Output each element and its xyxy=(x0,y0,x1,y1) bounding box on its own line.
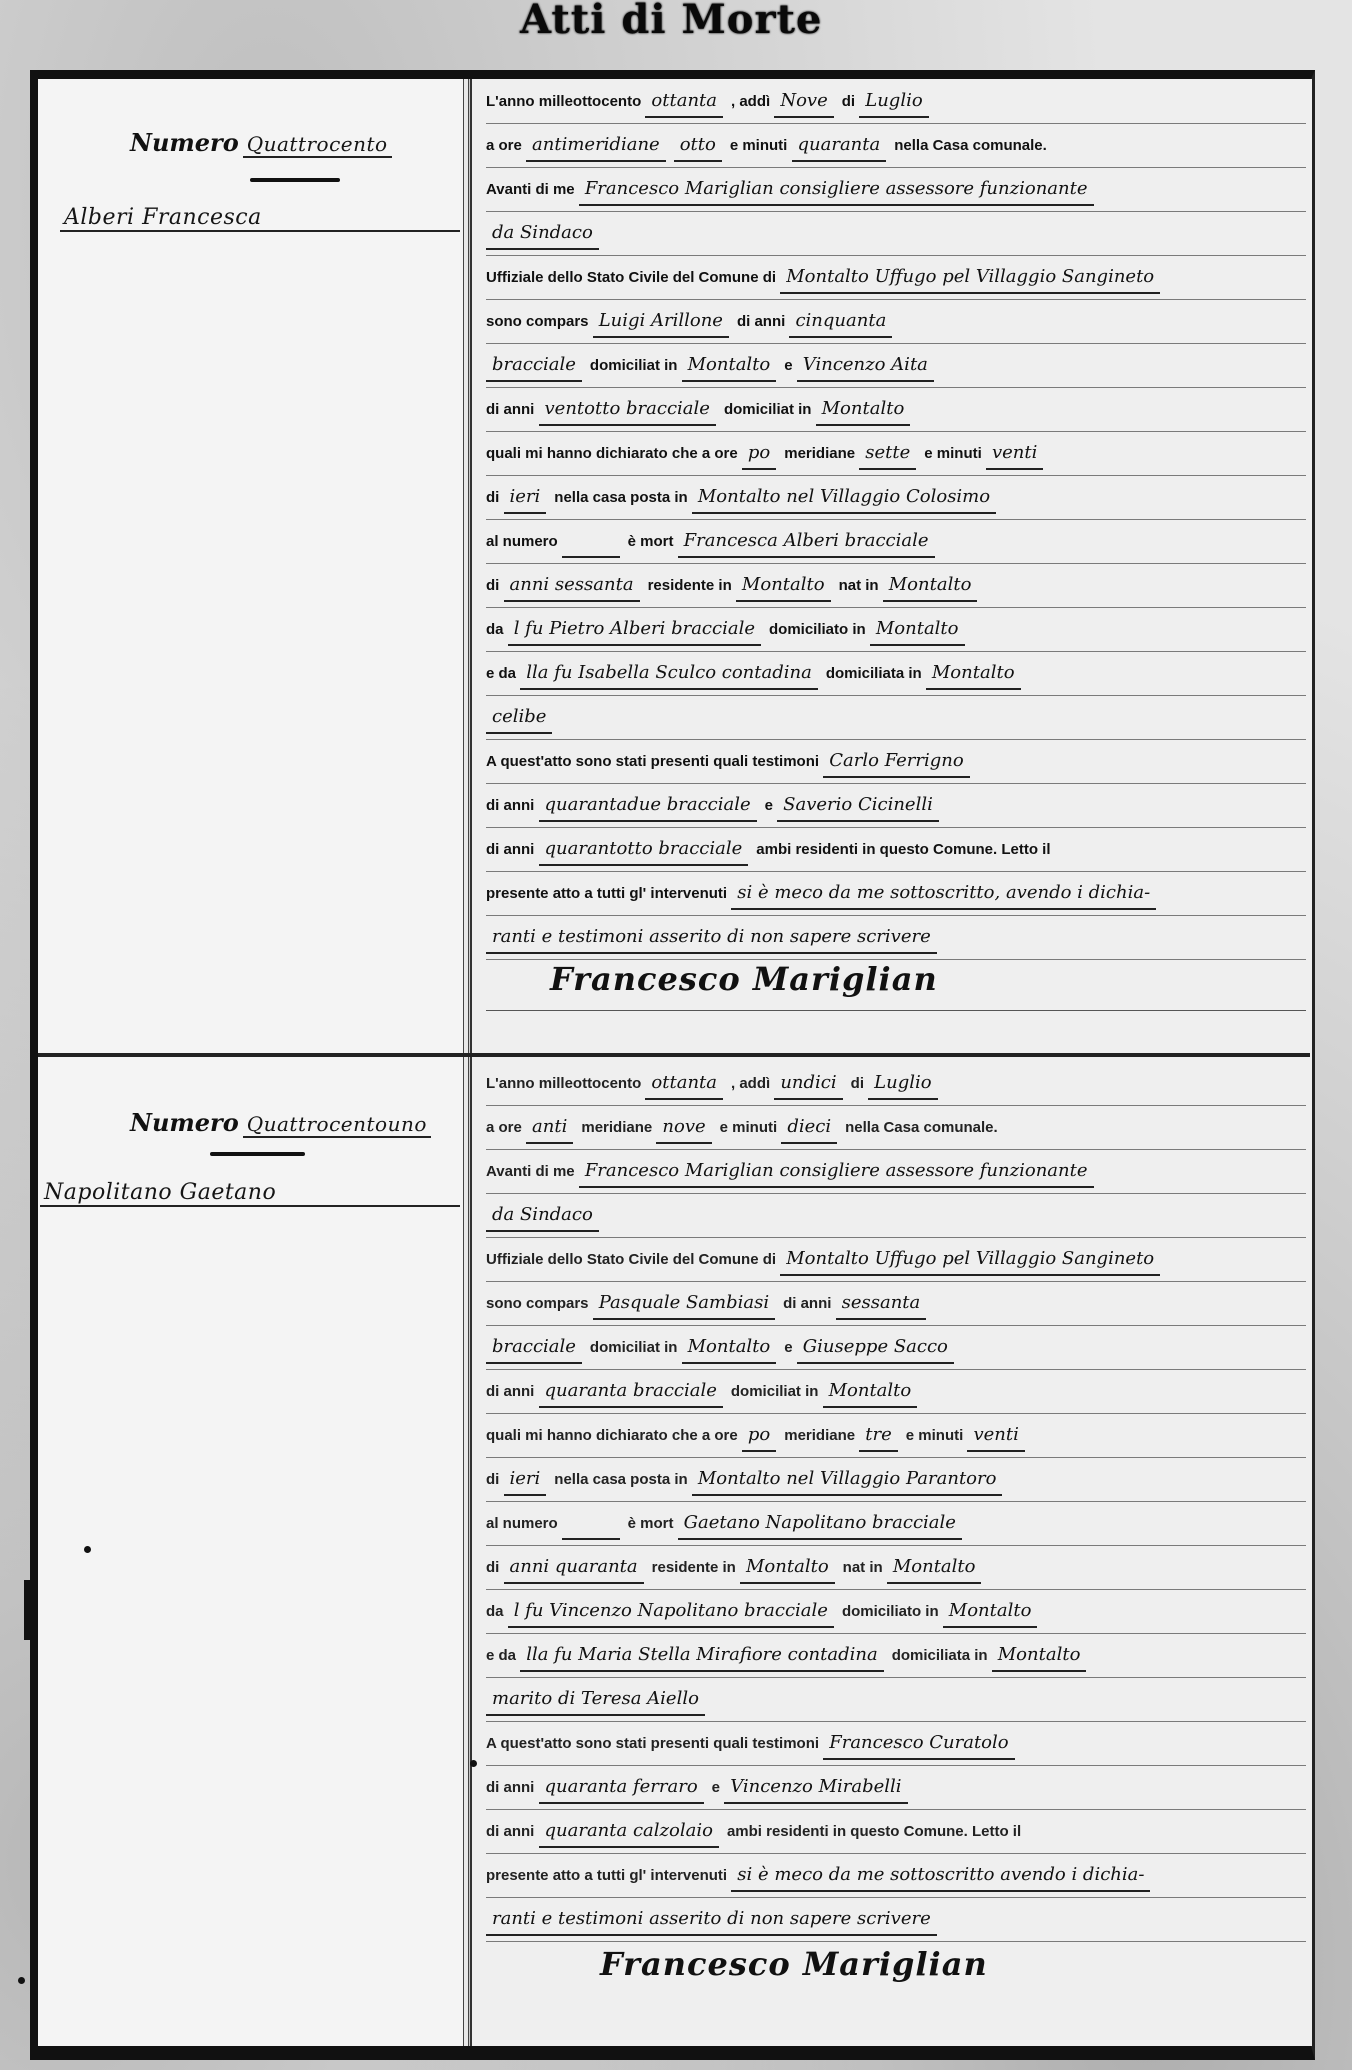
column-separator xyxy=(463,79,469,2046)
printed-text: e xyxy=(765,797,778,814)
handwritten-entry: ottanta xyxy=(645,86,723,118)
handwritten-entry: Montalto xyxy=(870,614,965,646)
record-line: L'anno milleottocento ottanta, addì Nove… xyxy=(486,80,1306,124)
printed-text: domiciliat xyxy=(724,401,798,418)
record-line: celibe xyxy=(486,696,1306,740)
entry-2-margin-name: Napolitano Gaetano xyxy=(40,1180,460,1207)
handwritten-entry: da Sindaco xyxy=(486,1200,599,1232)
printed-text: domiciliat xyxy=(590,1339,664,1356)
record-line: di anni quarantotto braccialeambi reside… xyxy=(486,828,1306,872)
handwritten-entry: Montalto Uffugo pel Villaggio Sangineto xyxy=(780,1244,1160,1276)
record-line: di ierinella casa posta in Montalto nel … xyxy=(486,476,1306,520)
printed-text: di xyxy=(486,1471,504,1488)
record-line: A quest'atto sono stati presenti quali t… xyxy=(486,1722,1306,1766)
printed-text: in xyxy=(798,401,816,418)
record-line: sono compars Luigi Arillonedi anni cinqu… xyxy=(486,300,1306,344)
record-line: di anni sessantaresidente in Montaltonat… xyxy=(486,564,1306,608)
printed-text: di anni xyxy=(486,1383,539,1400)
handwritten-entry: Luglio xyxy=(868,1068,937,1100)
handwritten-entry: lla fu Maria Stella Mirafiore contadina xyxy=(520,1640,884,1672)
signature-line xyxy=(486,1010,1306,1011)
record-line: Uffiziale dello Stato Civile del Comune … xyxy=(486,256,1306,300)
handwritten-entry: cinquanta xyxy=(789,306,892,338)
printed-text: residente in xyxy=(648,577,736,594)
printed-text: ambi residenti in questo Comune. Letto i… xyxy=(756,841,1050,858)
record-line: di anni ventotto braccialedomiciliat in … xyxy=(486,388,1306,432)
printed-text: ambi residenti in questo Comune. Letto i… xyxy=(727,1823,1021,1840)
handwritten-entry: dieci xyxy=(781,1112,837,1144)
printed-text: sono compars xyxy=(486,313,593,330)
printed-text: meridiane xyxy=(784,1427,859,1444)
printed-text: di xyxy=(842,93,860,110)
handwritten-entry: ventotto bracciale xyxy=(539,394,716,426)
handwritten-entry: Vincenzo Aita xyxy=(797,350,934,382)
record-line: di ierinella casa posta in Montalto nel … xyxy=(486,1458,1306,1502)
entry-1-numero: Numero Quattrocento xyxy=(130,128,392,158)
printed-text: di xyxy=(486,489,504,506)
printed-text: in xyxy=(869,1559,887,1576)
flourish xyxy=(210,1152,305,1156)
handwritten-entry: Gaetano Napolitano bracciale xyxy=(678,1508,962,1540)
handwritten-entry xyxy=(562,1508,620,1540)
printed-text: in xyxy=(664,1339,682,1356)
printed-text: nat xyxy=(839,577,866,594)
handwritten-entry: ieri xyxy=(504,1464,547,1496)
ink-spot xyxy=(470,1760,477,1767)
printed-text: presente atto a tutti gl' intervenuti xyxy=(486,1867,731,1884)
handwritten-entry: Saverio Cicinelli xyxy=(777,790,939,822)
printed-text: di anni xyxy=(486,1823,539,1840)
record-line: quali mi hanno dichiarato che a ore pome… xyxy=(486,1414,1306,1458)
numero-label: Numero xyxy=(130,1108,239,1137)
record-line: ranti e testimoni asserito di non sapere… xyxy=(486,916,1306,960)
printed-text: al numero xyxy=(486,533,562,550)
printed-text: nat xyxy=(843,1559,870,1576)
entry-1-signature: Francesco Mariglian xyxy=(510,960,938,998)
handwritten-entry: quaranta bracciale xyxy=(539,1376,723,1408)
record-line: al numero è mort Francesca Alberi bracci… xyxy=(486,520,1306,564)
handwritten-entry: Giuseppe Sacco xyxy=(797,1332,954,1364)
printed-text: domiciliata in xyxy=(892,1647,992,1664)
numero-value: Quattrocentouno xyxy=(243,1112,431,1138)
record-line: sono compars Pasquale Sambiasidi anni se… xyxy=(486,1282,1306,1326)
handwritten-entry: tre xyxy=(859,1420,898,1452)
printed-text: e da xyxy=(486,1647,520,1664)
printed-text: in xyxy=(664,357,682,374)
printed-text: quali mi hanno dichiarato che a ore xyxy=(486,1427,742,1444)
printed-text: L'anno milleottocento xyxy=(486,93,645,110)
handwritten-entry: quarantotto bracciale xyxy=(539,834,749,866)
record-line: di anni quaranta ferraroe Vincenzo Mirab… xyxy=(486,1766,1306,1810)
handwritten-entry: l fu Vincenzo Napolitano bracciale xyxy=(508,1596,834,1628)
printed-text: domiciliat xyxy=(590,357,664,374)
printed-text: nella casa posta in xyxy=(554,489,692,506)
printed-text: Avanti di me xyxy=(486,1163,579,1180)
record-line: di anni quaranta braccialedomiciliat in … xyxy=(486,1370,1306,1414)
record-line: Avanti di me Francesco Mariglian consigl… xyxy=(486,168,1306,212)
handwritten-entry: Montalto xyxy=(926,658,1021,690)
printed-text: di xyxy=(486,577,504,594)
printed-text: da xyxy=(486,1603,508,1620)
handwritten-entry: Nove xyxy=(774,86,833,118)
record-line: al numero è mort Gaetano Napolitano brac… xyxy=(486,1502,1306,1546)
record-line: da Sindaco xyxy=(486,212,1306,256)
printed-text: presente atto a tutti gl' intervenuti xyxy=(486,885,731,902)
printed-text: al numero xyxy=(486,1515,562,1532)
printed-text: Avanti di me xyxy=(486,181,579,198)
handwritten-entry: Montalto xyxy=(823,1376,918,1408)
page-title: Atti di Morte xyxy=(520,0,822,43)
printed-text: di anni xyxy=(486,1779,539,1796)
record-line: L'anno milleottocento ottanta, addì undi… xyxy=(486,1062,1306,1106)
printed-text: di xyxy=(851,1075,869,1092)
ink-spot xyxy=(18,1977,25,1984)
handwritten-entry: bracciale xyxy=(486,350,582,382)
handwritten-entry: venti xyxy=(967,1420,1024,1452)
handwritten-entry: po xyxy=(742,438,776,470)
binding-mark xyxy=(24,1580,32,1640)
handwritten-entry: Montalto xyxy=(883,570,978,602)
record-line: quali mi hanno dichiarato che a ore pome… xyxy=(486,432,1306,476)
printed-text: domiciliato in xyxy=(842,1603,943,1620)
record-line: di anni quarantadue braccialee Saverio C… xyxy=(486,784,1306,828)
printed-text: di anni xyxy=(486,841,539,858)
handwritten-entry: quaranta xyxy=(792,130,887,162)
printed-text: e xyxy=(784,1339,797,1356)
printed-text: è mort xyxy=(628,1515,678,1532)
record-line: braccialedomiciliat in Montaltoe Giusepp… xyxy=(486,1326,1306,1370)
printed-text: L'anno milleottocento xyxy=(486,1075,645,1092)
printed-text: Uffiziale dello Stato Civile del Comune … xyxy=(486,269,780,286)
printed-text: di anni xyxy=(737,313,790,330)
printed-text: quali mi hanno dichiarato che a ore xyxy=(486,445,742,462)
printed-text: domiciliat xyxy=(731,1383,805,1400)
handwritten-entry: Montalto xyxy=(816,394,911,426)
entry-divider xyxy=(38,1053,1310,1057)
handwritten-entry: Montalto nel Villaggio Parantoro xyxy=(692,1464,1003,1496)
printed-text: e da xyxy=(486,665,520,682)
printed-text: A quest'atto sono stati presenti quali t… xyxy=(486,753,823,770)
handwritten-entry: sessanta xyxy=(836,1288,927,1320)
handwritten-entry: bracciale xyxy=(486,1332,582,1364)
handwritten-entry: si è meco da me sottoscritto avendo i di… xyxy=(731,1860,1150,1892)
record-line: di anni quarantaresidente in Montaltonat… xyxy=(486,1546,1306,1590)
printed-text: da xyxy=(486,621,508,638)
handwritten-entry: Montalto xyxy=(736,570,831,602)
printed-text: e xyxy=(784,357,797,374)
handwritten-entry: ottanta xyxy=(645,1068,723,1100)
printed-text: nella Casa comunale. xyxy=(894,137,1047,154)
printed-text: domiciliata in xyxy=(826,665,926,682)
handwritten-entry: venti xyxy=(986,438,1043,470)
handwritten-entry: ranti e testimoni asserito di non sapere… xyxy=(486,922,937,954)
ink-spot xyxy=(84,1546,91,1553)
handwritten-entry: Montalto xyxy=(682,1332,777,1364)
handwritten-entry: celibe xyxy=(486,702,552,734)
printed-text: e minuti xyxy=(906,1427,968,1444)
printed-text: a ore xyxy=(486,137,526,154)
printed-text: residente in xyxy=(652,1559,740,1576)
record-line: a ore antimeridianeottoe minuti quaranta… xyxy=(486,124,1306,168)
handwritten-entry: da Sindaco xyxy=(486,218,599,250)
handwritten-entry: Montalto xyxy=(682,350,777,382)
handwritten-entry: ranti e testimoni asserito di non sapere… xyxy=(486,1904,937,1936)
handwritten-entry: Pasquale Sambiasi xyxy=(593,1288,775,1320)
record-line: da l fu Vincenzo Napolitano braccialedom… xyxy=(486,1590,1306,1634)
record-line: da l fu Pietro Alberi braccialedomicilia… xyxy=(486,608,1306,652)
record-line: e da lla fu Maria Stella Mirafiore conta… xyxy=(486,1634,1306,1678)
handwritten-entry: Luglio xyxy=(859,86,928,118)
handwritten-entry: Montalto xyxy=(943,1596,1038,1628)
printed-text: a ore xyxy=(486,1119,526,1136)
handwritten-entry: Francesca Alberi bracciale xyxy=(678,526,935,558)
handwritten-entry: lla fu Isabella Sculco contadina xyxy=(520,658,818,690)
entry-2-signature: Francesco Mariglian xyxy=(560,1945,988,1983)
handwritten-entry: anti xyxy=(526,1112,573,1144)
printed-text: domiciliato in xyxy=(769,621,870,638)
record-line: presente atto a tutti gl' intervenuti si… xyxy=(486,1854,1306,1898)
handwritten-entry: sette xyxy=(859,438,916,470)
printed-text: A quest'atto sono stati presenti quali t… xyxy=(486,1735,823,1752)
handwritten-entry: Carlo Ferrigno xyxy=(823,746,970,778)
printed-text: sono compars xyxy=(486,1295,593,1312)
printed-text: , addì xyxy=(731,93,774,110)
printed-text: di xyxy=(486,1559,504,1576)
handwritten-entry: marito di Teresa Aiello xyxy=(486,1684,705,1716)
record-line: braccialedomiciliat in Montaltoe Vincenz… xyxy=(486,344,1306,388)
printed-text: in xyxy=(805,1383,823,1400)
printed-text: di anni xyxy=(486,797,539,814)
printed-text: è mort xyxy=(628,533,678,550)
entry-2-numero: Numero Quattrocentouno xyxy=(130,1108,431,1138)
printed-text: di anni xyxy=(783,1295,836,1312)
printed-text: nella casa posta in xyxy=(554,1471,692,1488)
death-record-2: L'anno milleottocento ottanta, addì undi… xyxy=(486,1062,1306,1942)
numero-value: Quattrocento xyxy=(243,132,392,158)
flourish xyxy=(250,178,340,182)
entry-1-margin-name: Alberi Francesca xyxy=(60,205,460,232)
handwritten-entry: quarantadue bracciale xyxy=(539,790,757,822)
printed-text: nella Casa comunale. xyxy=(845,1119,998,1136)
handwritten-entry: Vincenzo Mirabelli xyxy=(724,1772,907,1804)
handwritten-entry: nove xyxy=(656,1112,711,1144)
printed-text: meridiane xyxy=(784,445,859,462)
record-line: Uffiziale dello Stato Civile del Comune … xyxy=(486,1238,1306,1282)
handwritten-entry: l fu Pietro Alberi bracciale xyxy=(508,614,761,646)
handwritten-entry: Montalto nel Villaggio Colosimo xyxy=(692,482,996,514)
record-line: e da lla fu Isabella Sculco contadinadom… xyxy=(486,652,1306,696)
printed-text: Uffiziale dello Stato Civile del Comune … xyxy=(486,1251,780,1268)
record-line: ranti e testimoni asserito di non sapere… xyxy=(486,1898,1306,1942)
record-line: Avanti di me Francesco Mariglian consigl… xyxy=(486,1150,1306,1194)
record-line: a ore antimeridiane novee minuti diecine… xyxy=(486,1106,1306,1150)
printed-text: e minuti xyxy=(720,1119,782,1136)
handwritten-entry: anni quaranta xyxy=(504,1552,644,1584)
handwritten-entry: Francesco Mariglian consigliere assessor… xyxy=(579,1156,1094,1188)
handwritten-entry: po xyxy=(742,1420,776,1452)
handwritten-entry: antimeridiane xyxy=(526,130,666,162)
margin-column xyxy=(38,79,465,2046)
handwritten-entry xyxy=(562,526,620,558)
printed-text: e minuti xyxy=(924,445,986,462)
handwritten-entry: undici xyxy=(774,1068,842,1100)
printed-text: e xyxy=(712,1779,725,1796)
handwritten-entry: otto xyxy=(674,130,722,162)
handwritten-entry: anni sessanta xyxy=(504,570,640,602)
handwritten-entry: Montalto Uffugo pel Villaggio Sangineto xyxy=(780,262,1160,294)
record-line: presente atto a tutti gl' intervenuti si… xyxy=(486,872,1306,916)
record-line: da Sindaco xyxy=(486,1194,1306,1238)
handwritten-entry: si è meco da me sottoscritto, avendo i d… xyxy=(731,878,1156,910)
printed-text: e minuti xyxy=(730,137,792,154)
record-line: marito di Teresa Aiello xyxy=(486,1678,1306,1722)
handwritten-entry: Montalto xyxy=(887,1552,982,1584)
handwritten-entry: Montalto xyxy=(992,1640,1087,1672)
handwritten-entry: quaranta calzolaio xyxy=(539,1816,719,1848)
printed-text: in xyxy=(865,577,883,594)
printed-text: , addì xyxy=(731,1075,774,1092)
record-line: A quest'atto sono stati presenti quali t… xyxy=(486,740,1306,784)
death-record-1: L'anno milleottocento ottanta, addì Nove… xyxy=(486,80,1306,960)
record-line: di anni quaranta calzolaioambi residenti… xyxy=(486,1810,1306,1854)
handwritten-entry: Francesco Mariglian consigliere assessor… xyxy=(579,174,1094,206)
handwritten-entry: Montalto xyxy=(740,1552,835,1584)
handwritten-entry: Francesco Curatolo xyxy=(823,1728,1014,1760)
handwritten-entry: ieri xyxy=(504,482,547,514)
handwritten-entry: Luigi Arillone xyxy=(593,306,729,338)
handwritten-entry: quaranta ferraro xyxy=(539,1772,704,1804)
numero-label: Numero xyxy=(130,128,239,157)
printed-text: meridiane xyxy=(581,1119,656,1136)
printed-text: di anni xyxy=(486,401,539,418)
